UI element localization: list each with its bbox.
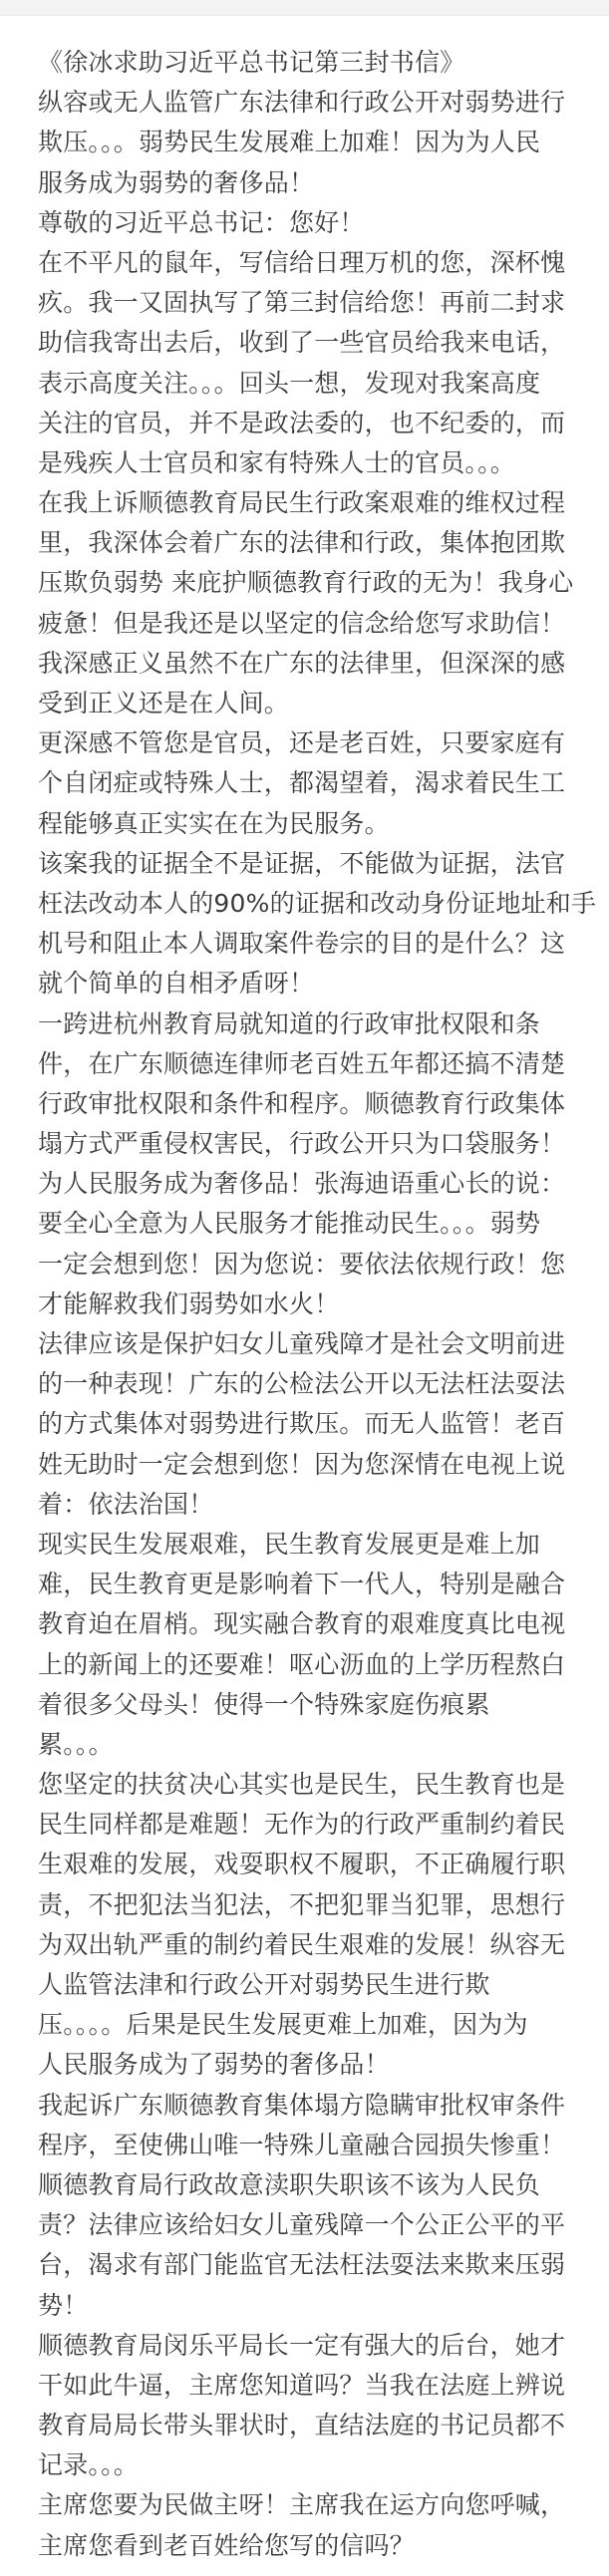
- letter-line: 才能解救我们弱势如水火！: [38, 1285, 596, 1324]
- letter-line: 为人民服务成为奢侈品！张海迪语重心长的说：: [38, 1164, 596, 1204]
- letter-line: 人民服务成为了弱势的奢侈品！: [38, 2045, 596, 2085]
- letter-line: 着很多父母头！使得一个特殊家庭伤痕累: [38, 1685, 596, 1725]
- letter-title: 《徐冰求助习近平总书记第三封书信》: [38, 43, 596, 83]
- letter-line: 疲惫！但是我还是以坚定的信念给您写求助信！: [38, 604, 596, 644]
- letter-line: 在我上诉顺德教育局民生行政案艰难的维权过程: [38, 483, 596, 523]
- letter-line: 为双出轨严重的制约着民生艰难的发展！纵容无: [38, 1925, 596, 1965]
- letter-line: 生艰难的发展，戏耍职权不履职，不正确履行职: [38, 1845, 596, 1884]
- letter-closing: 主席您看到老百姓给您写的信吗？: [38, 2526, 596, 2566]
- letter-line: 关注的官员，并不是政法委的，也不纪委的，而: [38, 404, 596, 443]
- letter-body: 《徐冰求助习近平总书记第三封书信》 纵容或无人监管广东法律和行政公开对弱势进行 …: [38, 43, 596, 2566]
- letter-line: 主席您要为民做主呀！主席我在运方向您呼喊，: [38, 2485, 596, 2525]
- letter-line: 压。。。。后果是民生发展更难上加难，因为为: [38, 2005, 596, 2045]
- letter-line: 疚。我一又固执写了第三封信给您！再前二封求: [38, 283, 596, 323]
- letter-line: 机号和阻止本人调取案件卷宗的目的是什么？这: [38, 924, 596, 964]
- letter-line: 里，我深体会着广东的法律和行政，集体抱团欺: [38, 523, 596, 563]
- letter-line: 姓无助时一定会想到您！因为您深情在电视上说: [38, 1445, 596, 1485]
- letter-line: 教育迫在眉梢。现实融合教育的艰难度真比电视: [38, 1604, 596, 1644]
- letter-line: 是残疾人士官员和家有特殊人士的官员。。。: [38, 443, 596, 483]
- letter-line: 纵容或无人监管广东法律和行政公开对弱势进行: [38, 83, 596, 123]
- letter-line: 您坚定的扶贫决心其实也是民生，民生教育也是: [38, 1765, 596, 1805]
- letter-line: 一跨进杭州教育局就知道的行政审批权限和条: [38, 1004, 596, 1044]
- letter-line: 程能够真正实实在在为民服务。: [38, 804, 596, 844]
- letter-line: 顺德教育局闵乐平局长一定有强大的后台，她才: [38, 2326, 596, 2366]
- letter-line: 就个简单的自相矛盾呀！: [38, 964, 596, 1003]
- letter-line: 表示高度关注。。。回头一想，发现对我案高度: [38, 364, 596, 404]
- letter-line: 势！: [38, 2286, 596, 2326]
- letter-line: 受到正义还是在人间。: [38, 684, 596, 723]
- letter-line: 民生同样都是难题！无作为的行政严重制约着民: [38, 1805, 596, 1845]
- letter-line: 行政审批权限和条件和程序。顺德教育行政集体: [38, 1084, 596, 1124]
- letter-line: 助信我寄出去后，收到了一些官员给我来电话，: [38, 323, 596, 363]
- letter-line: 责，不把犯法当犯法，不把犯罪当犯罪，思想行: [38, 1885, 596, 1925]
- letter-salutation: 尊敬的习近平总书记：您好！: [38, 203, 596, 243]
- letter-line: 现实民生发展艰难，民生教育发展更是难上加: [38, 1525, 596, 1565]
- letter-line: 我深感正义虽然不在广东的法律里，但深深的感: [38, 644, 596, 684]
- letter-line: 干如此牛逼，主席您知道吗？当我在法庭上辨说: [38, 2366, 596, 2406]
- letter-line: 的方式集体对弱势进行欺压。而无人监管！老百: [38, 1404, 596, 1444]
- letter-line: 更深感不管您是官员，还是老百姓，只要家庭有: [38, 723, 596, 763]
- letter-line: 欺压。。。弱势民生发展难上加难！因为为人民: [38, 123, 596, 162]
- letter-line: 程序，至使佛山唯一特殊儿童融合园损失惨重！: [38, 2126, 596, 2165]
- letter-line: 枉法改动本人的90%的证据和改动身份证地址和手: [38, 884, 596, 924]
- letter-line: 一定会想到您！因为您说：要依法依规行政！您: [38, 1245, 596, 1285]
- letter-line: 在不平凡的鼠年，写信给日理万机的您，深杯愧: [38, 243, 596, 283]
- letter-line: 的一种表现！广东的公检法公开以无法枉法耍法: [38, 1364, 596, 1404]
- letter-line: 该案我的证据全不是证据，不能做为证据，法官: [38, 844, 596, 884]
- letter-line: 要全心全意为人民服务才能推动民生。。。弱势: [38, 1204, 596, 1244]
- letter-line: 件，在广东顺德连律师老百姓五年都还搞不清楚: [38, 1044, 596, 1084]
- letter-line: 顺德教育局行政故意渎职失职该不该为人民负: [38, 2165, 596, 2205]
- top-strip: [0, 0, 609, 16]
- letter-line: 塌方式严重侵权害民，行政公开只为口袋服务！: [38, 1124, 596, 1164]
- letter-line: 责？法律应该给妇女儿童残障一个公正公平的平: [38, 2205, 596, 2245]
- letter-line: 教育局局长带头罪状时，直结法庭的书记员都不: [38, 2406, 596, 2445]
- letter-line: 人监管法津和行政公开对弱势民生进行欺: [38, 1965, 596, 2005]
- letter-line: 法律应该是保护妇女儿童残障才是社会文明前进: [38, 1324, 596, 1364]
- letter-line: 服务成为弱势的奢侈品！: [38, 163, 596, 203]
- letter-line: 累。。。: [38, 1725, 596, 1765]
- letter-line: 个自闭症或特殊人士，都渴望着，渴求着民生工: [38, 763, 596, 803]
- letter-line: 压欺负弱势 来庇护顺德教育行政的无为！我身心: [38, 563, 596, 603]
- letter-line: 记录。。。: [38, 2445, 596, 2485]
- letter-line: 上的新闻上的还要难！呕心沥血的上学历程熬白: [38, 1645, 596, 1685]
- letter-line: 我起诉广东顺德教育集体塌方隐瞒审批权审条件: [38, 2086, 596, 2126]
- letter-line: 难，民生教育更是影响着下一代人，特别是融合: [38, 1565, 596, 1604]
- letter-line: 着：依法治国！: [38, 1485, 596, 1525]
- letter-line: 台，渴求有部门能监官无法枉法耍法来欺来压弱: [38, 2245, 596, 2285]
